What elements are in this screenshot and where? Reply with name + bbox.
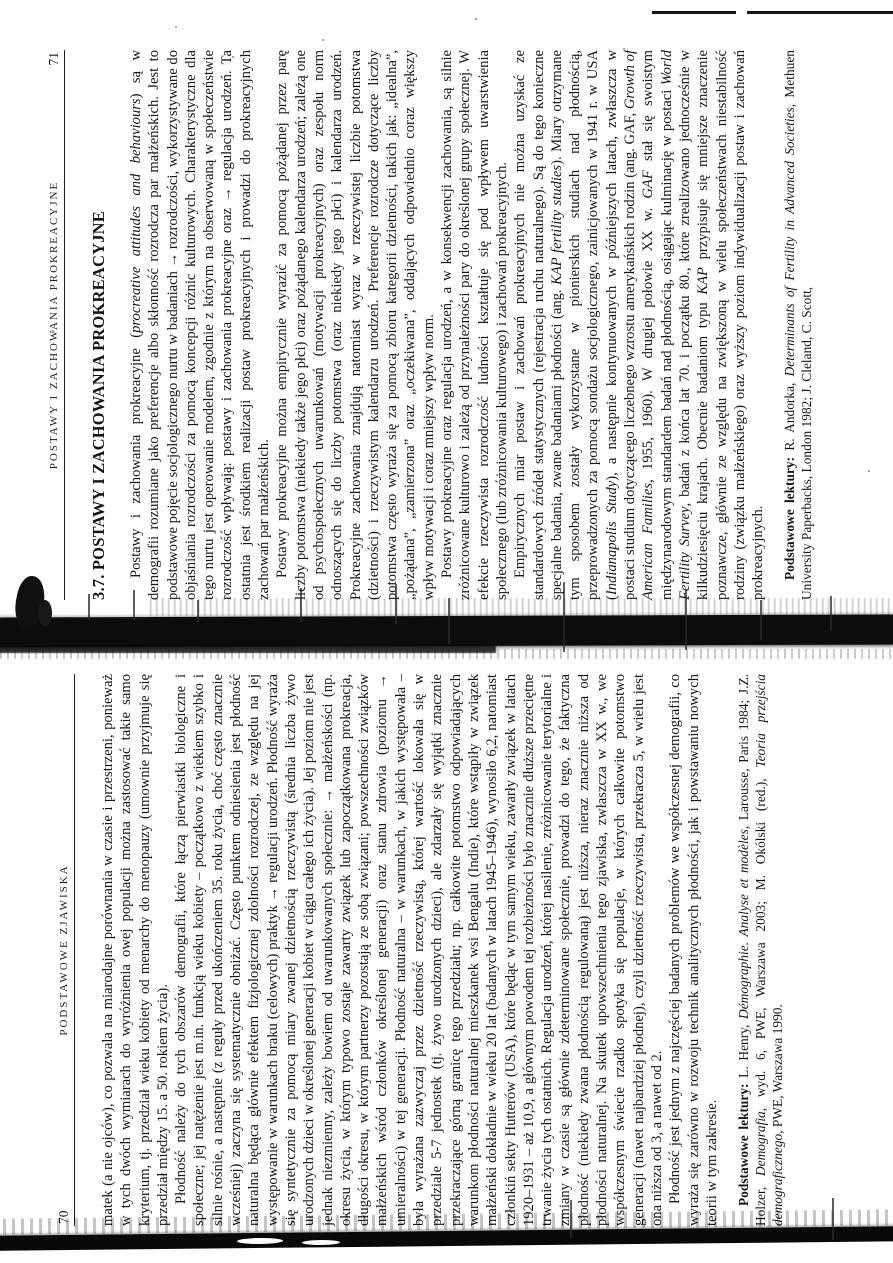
section-heading-3-7: 3.7. POSTAWY I ZACHOWANIA PROKREACYJNE xyxy=(89,50,109,600)
scan-streak xyxy=(830,596,832,631)
scan-streak xyxy=(832,1198,834,1240)
scan-streak xyxy=(197,600,199,622)
page-70: PODSTAWOWE ZJAWISKA 70 matek (a nie ojcó… xyxy=(44,658,893,1242)
page-71-content: POSTAWY I ZACHOWANIA PROKREACYJNE 71 3.7… xyxy=(34,34,816,616)
dust-speck xyxy=(232,56,234,58)
scan-streak xyxy=(685,590,687,650)
page-70-content: PODSTAWOWE ZJAWISKA 70 matek (a nie ojcó… xyxy=(44,658,787,1242)
bibliography-71: Podstawowe lektury: R. Andorka, Determin… xyxy=(782,50,816,600)
scan-streak xyxy=(395,584,397,624)
scanned-book-spread: POSTAWY I ZACHOWANIA PROKREACYJNE 71 3.7… xyxy=(0,0,893,1263)
scan-streak xyxy=(570,1200,572,1238)
scan-streak xyxy=(760,600,762,640)
scan-streak xyxy=(448,598,450,644)
paragraph: Postawy i zachowania prokreacyjne (procr… xyxy=(127,50,273,600)
running-head-title-70: PODSTAWOWE ZJAWISKA xyxy=(58,864,70,1035)
dust-speck xyxy=(475,18,477,20)
paragraph: Płodność jest jednym z najczęściej badan… xyxy=(666,674,721,1226)
running-head-title-71: POSTAWY I ZACHOWANIA PROKREACYJNE xyxy=(48,181,60,469)
scan-edge-line-gap xyxy=(736,9,747,16)
spine-ink-blob-small xyxy=(38,600,52,626)
paragraph: Empirycznych miar postaw i zachowań prok… xyxy=(511,50,767,600)
running-head-71: POSTAWY I ZACHOWANIA PROKREACYJNE 71 xyxy=(48,50,65,600)
paragraph: Postawy prokreacyjne można empirycznie w… xyxy=(273,50,438,600)
scan-streak xyxy=(300,588,302,622)
scan-streak xyxy=(563,582,565,652)
paragraph: Płodność należy do tych obszarów demogra… xyxy=(172,674,666,1226)
scan-streak xyxy=(88,594,90,620)
scan-edge-line xyxy=(652,11,893,14)
dust-speck xyxy=(322,39,324,41)
running-head-70: PODSTAWOWE ZJAWISKA 70 xyxy=(58,674,75,1226)
spine-noise-lower xyxy=(0,649,893,659)
page-number-71: 71 xyxy=(46,52,62,66)
dust-speck xyxy=(868,470,870,472)
page-71: POSTAWY I ZACHOWANIA PROKREACYJNE 71 3.7… xyxy=(34,34,890,616)
spine-noise xyxy=(150,598,893,616)
paragraph: Postawy prokreacyjne oraz regulacja urod… xyxy=(438,50,511,600)
scan-streak xyxy=(133,590,135,620)
paragraph: matek (a nie ojców), co pozwala na miaro… xyxy=(99,674,172,1226)
dust-speck xyxy=(52,330,54,332)
bibliography-70: Podstawowe lektury: L. Henry, Démographi… xyxy=(736,674,787,1226)
dust-speck xyxy=(175,26,177,28)
